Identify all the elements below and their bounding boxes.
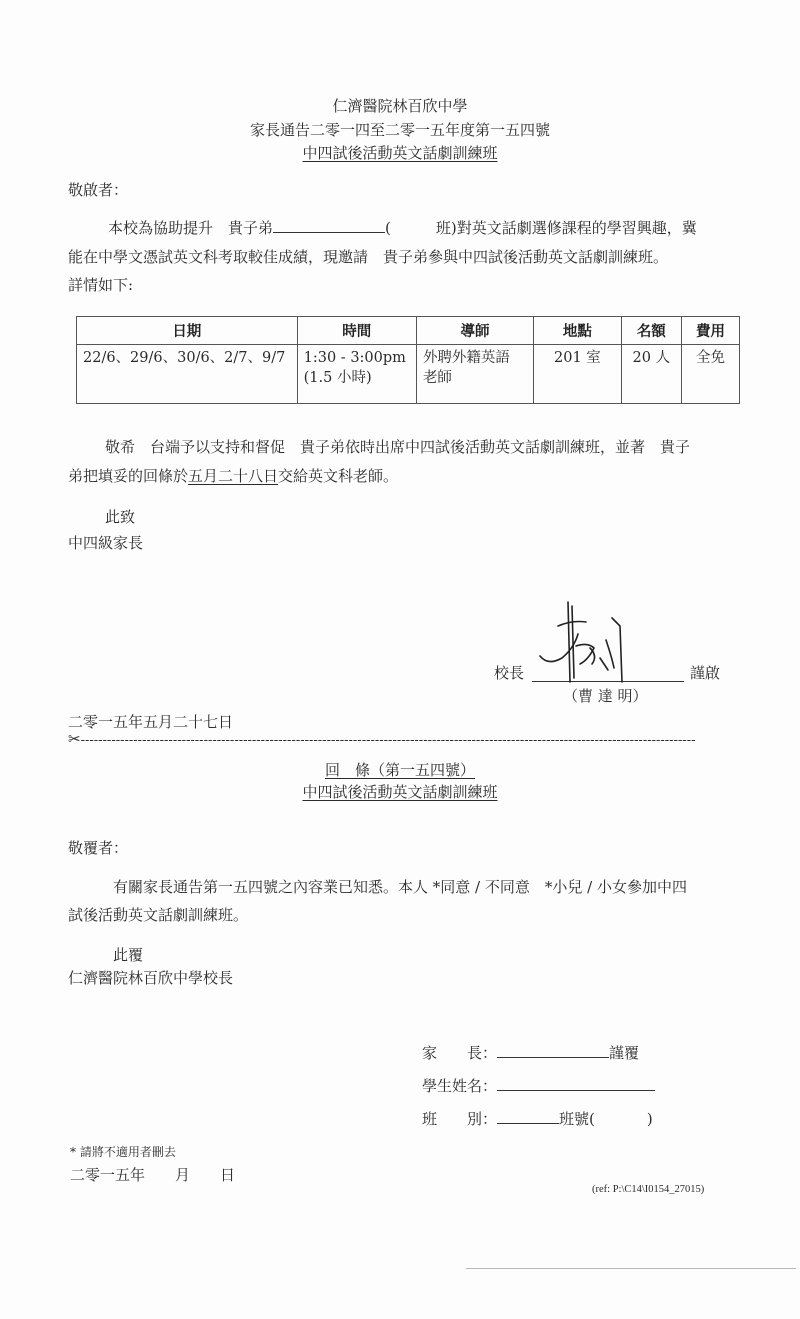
closing-2: 中四級家長 — [68, 533, 143, 553]
reply-title: 回 條（第一五四號） — [325, 761, 475, 779]
closing-1: 此致 — [105, 507, 135, 527]
col-header-venue: 地點 — [534, 317, 622, 345]
reply-subtitle-wrap: 中四試後活動英文話劇訓練班 — [0, 782, 800, 802]
school-name: 仁濟醫院林百欣中學 — [0, 96, 800, 116]
notice-title: 中四試後活動英文話劇訓練班 — [302, 144, 497, 162]
signature-icon — [528, 598, 638, 686]
parent-suffix: 謹覆 — [609, 1044, 639, 1062]
paragraph-1-line-1: 本校為協助提升 貴子弟( 班)對英文話劇選修課程的學習興趣，冀 — [108, 218, 697, 238]
class-input[interactable] — [497, 1109, 559, 1124]
principal-suffix: 謹啟 — [690, 663, 720, 683]
reply-salutation: 敬覆者： — [68, 838, 128, 858]
reply-closing-2: 仁濟醫院林百欣中學校長 — [68, 968, 233, 988]
cell-tutor-line-2: 老師 — [423, 368, 527, 388]
class-field: 班 別：班號() — [422, 1109, 653, 1129]
paragraph-2-line-2: 弟把填妥的回條於五月二十八日交給英文科老師。 — [68, 466, 398, 486]
table-header-row: 日期 時間 導師 地點 名額 費用 — [77, 317, 740, 345]
para1-text-a: 本校為協助提升 貴子弟 — [108, 219, 273, 237]
student-name-label: 學生姓名： — [422, 1077, 497, 1095]
salutation: 敬啟者： — [68, 180, 128, 200]
para2-text-b: 交給英文科老師。 — [278, 467, 398, 485]
class-no-close: ) — [647, 1110, 653, 1128]
paragraph-1-line-2: 能在中學文憑試英文科考取較佳成績，現邀請 貴子弟參與中四試後活動英文話劇訓練班。 — [68, 247, 668, 267]
cell-quota: 20 人 — [621, 345, 681, 404]
para2-text-a: 弟把填妥的回條於 — [68, 467, 188, 485]
scissors-icon: ✂ — [68, 730, 81, 748]
cell-venue: 201 室 — [534, 345, 622, 404]
principal-label: 校長 — [494, 663, 524, 683]
cell-time: 1:30 - 3:00pm (1.5 小時) — [297, 345, 416, 404]
cell-time-range: 1:30 - 3:00pm — [304, 348, 410, 368]
deletion-note: * 請將不適用者刪去 — [70, 1143, 176, 1160]
para1-text-b: ( 班)對英文話劇選修課程的學習興趣，冀 — [385, 219, 697, 237]
parent-field: 家 長：謹覆 — [422, 1043, 639, 1063]
student-name-blank — [273, 218, 385, 233]
table-row: 22/6、29/6、30/6、2/7、9/7 1:30 - 3:00pm (1.… — [77, 345, 740, 404]
reference-code: (ref: P:\C14\I0154_27015) — [592, 1184, 704, 1195]
reply-subtitle: 中四試後活動英文話劇訓練班 — [302, 783, 497, 801]
paragraph-1-line-3: 詳情如下: — [68, 275, 133, 295]
col-header-tutor: 導師 — [416, 317, 533, 345]
scan-edge-line — [466, 1268, 796, 1269]
reply-body-line-2: 試後活動英文話劇訓練班。 — [68, 905, 248, 925]
reply-date: 二零一五年 月 日 — [70, 1165, 235, 1185]
student-name-field: 學生姓名： — [422, 1076, 655, 1096]
parent-label: 家 長： — [422, 1044, 497, 1062]
reply-deadline: 五月二十八日 — [188, 467, 278, 485]
cell-fee: 全免 — [681, 345, 739, 404]
col-header-date: 日期 — [77, 317, 298, 345]
class-label: 班 別： — [422, 1110, 497, 1128]
reply-closing-1: 此覆 — [113, 945, 143, 965]
class-no-label: 班號( — [559, 1110, 595, 1128]
cell-tutor: 外聘外籍英語 老師 — [416, 345, 533, 404]
cut-line: ✂---------------------------------------… — [68, 729, 720, 748]
col-header-time: 時間 — [297, 317, 416, 345]
col-header-quota: 名額 — [621, 317, 681, 345]
paragraph-2-line-1: 敬希 台端予以支持和督促 貴子弟依時出席中四試後活動英文話劇訓練班，並著 貴子 — [105, 437, 690, 457]
reply-title-wrap: 回 條（第一五四號） — [0, 760, 800, 780]
dashed-line: ----------------------------------------… — [81, 733, 696, 748]
notice-title-wrap: 中四試後活動英文話劇訓練班 — [0, 143, 800, 163]
student-name-input[interactable] — [497, 1076, 655, 1091]
cell-date: 22/6、29/6、30/6、2/7、9/7 — [77, 345, 298, 404]
parent-signature-input[interactable] — [497, 1043, 609, 1058]
principal-name: （曹 達 明） — [563, 686, 648, 706]
schedule-table: 日期 時間 導師 地點 名額 費用 22/6、29/6、30/6、2/7、9/7… — [76, 316, 740, 404]
col-header-fee: 費用 — [681, 317, 739, 345]
cell-tutor-line-1: 外聘外籍英語 — [423, 348, 527, 368]
cell-time-duration: (1.5 小時) — [304, 368, 410, 388]
notice-number: 家長通告二零一四至二零一五年度第一五四號 — [0, 120, 800, 140]
reply-body-line-1: 有關家長通告第一五四號之內容業已知悉。本人 *同意 / 不同意 *小兒 / 小女… — [113, 877, 687, 897]
